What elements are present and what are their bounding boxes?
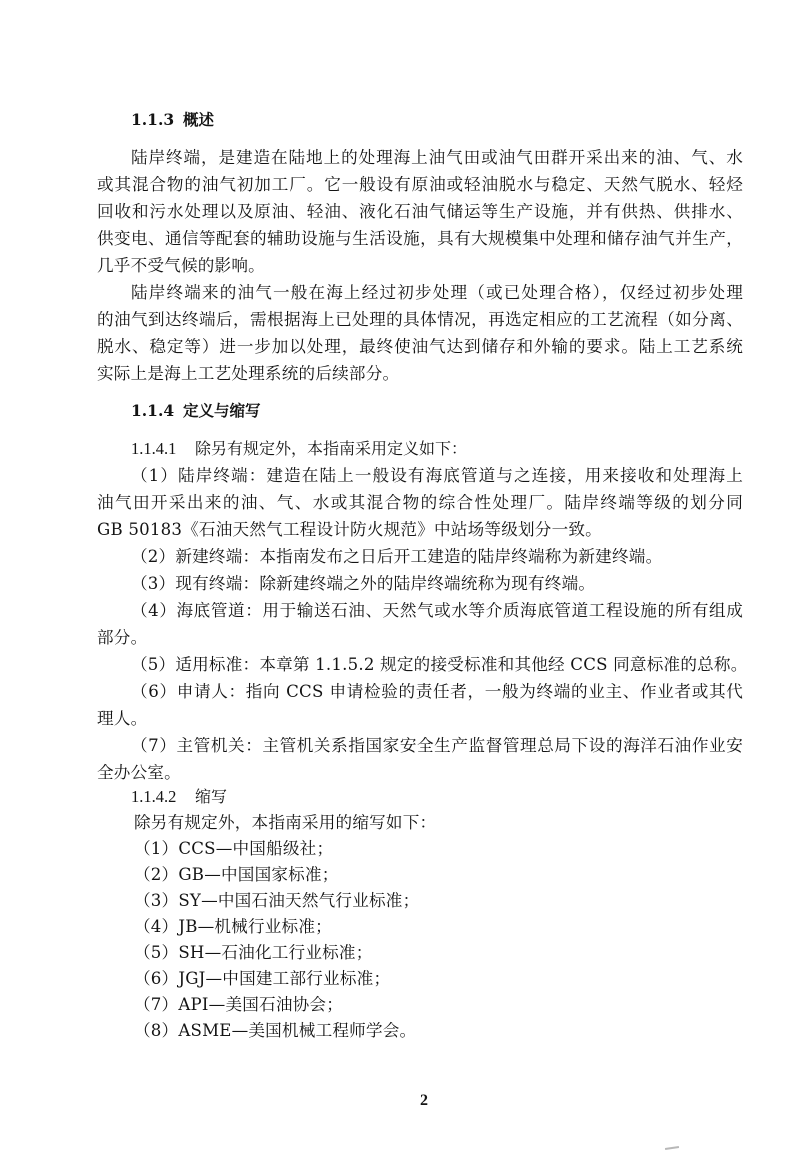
definition-line: 部分。 <box>97 627 743 649</box>
abbreviation-item: （7）API—美国石油协会； <box>134 994 780 1016</box>
section-title: 概述 <box>183 110 214 129</box>
section-number: 1.1.3 <box>131 110 183 130</box>
section-number: 1.1.4 <box>131 401 183 421</box>
definition-line: 理人。 <box>97 708 743 730</box>
abbreviation-item: （8）ASME—美国机械工程师学会。 <box>134 1020 780 1042</box>
subsection-number: 1.1.4.2 <box>131 786 195 808</box>
abbreviation-item: （3）SY—中国石油天然气行业标准； <box>134 890 780 912</box>
document-page: 1.1.3概述 陆岸终端，是建造在陆地上的处理海上油气田或油气田群开采出来的油、… <box>0 0 790 1163</box>
definition-line: （5）适用标准：本章第 1.1.5.2 规定的接受标准和其他经 CCS 同意标准… <box>131 654 743 676</box>
paragraph-line: 的油气到达终端后，需根据海上已处理的具体情况，再选定相应的工艺流程（如分离、 <box>97 309 743 331</box>
definition-line: 油气田开采出来的油、气、水或其混合物的综合性处理厂。陆岸终端等级的划分同 <box>97 492 743 514</box>
definition-line: （6）申请人：指向 CCS 申请检验的责任者，一般为终端的业主、作业者或其代 <box>131 681 743 703</box>
paragraph-line: 供变电、通信等配套的辅助设施与生活设施，具有大规模集中处理和储存油气并生产， <box>97 228 743 250</box>
definition-line: （3）现有终端：除新建终端之外的陆岸终端统称为现有终端。 <box>131 573 743 595</box>
abbreviation-item: （6）JGJ—中国建工部行业标准； <box>134 968 780 990</box>
definition-line: GB 50183《石油天然气工程设计防火规范》中站场等级划分一致。 <box>97 519 743 541</box>
subsection-heading-1-1-4-2: 1.1.4.2缩写 <box>131 786 227 808</box>
subsection-heading-1-1-4-1: 1.1.4.1除另有规定外，本指南采用定义如下： <box>131 438 467 460</box>
paragraph-line: 或其混合物的油气初加工厂。它一般设有原油或轻油脱水与稳定、天然气脱水、轻烃 <box>97 174 743 196</box>
section-heading-1-1-4: 1.1.4定义与缩写 <box>131 401 261 421</box>
paragraph-line: 几乎不受气候的影响。 <box>97 255 743 277</box>
section-heading-1-1-3: 1.1.3概述 <box>131 110 214 130</box>
paragraph-line: 脱水、稳定等）进一步加以处理，最终使油气达到储存和外输的要求。陆上工艺系统 <box>97 336 743 358</box>
page-number: 2 <box>420 1092 428 1110</box>
definition-line: （1）陆岸终端：建造在陆上一般设有海底管道与之连接，用来接收和处理海上 <box>131 465 743 487</box>
subsection-number: 1.1.4.1 <box>131 438 195 460</box>
abbreviation-intro: 除另有规定外，本指南采用的缩写如下： <box>134 812 780 834</box>
definition-line: （2）新建终端：本指南发布之日后开工建造的陆岸终端称为新建终端。 <box>131 546 743 568</box>
subsection-title: 除另有规定外，本指南采用定义如下： <box>195 439 467 458</box>
subsection-title: 缩写 <box>195 787 227 806</box>
definition-line: （7）主管机关：主管机关系指国家安全生产监督管理总局下设的海洋石油作业安 <box>131 735 743 757</box>
abbreviation-item: （1）CCS—中国船级社； <box>134 838 780 860</box>
definition-line: 全办公室。 <box>97 762 743 784</box>
abbreviation-item: （4）JB—机械行业标准； <box>134 916 780 938</box>
paragraph-line: 陆岸终端，是建造在陆地上的处理海上油气田或油气田群开采出来的油、气、水 <box>131 147 743 169</box>
definition-line: （4）海底管道：用于输送石油、天然气或水等介质海底管道工程设施的所有组成 <box>131 600 743 622</box>
abbreviation-item: （2）GB—中国国家标准； <box>134 864 780 886</box>
section-title: 定义与缩写 <box>183 401 261 420</box>
scan-mark <box>665 1146 679 1150</box>
paragraph-line: 实际上是海上工艺处理系统的后续部分。 <box>97 363 743 385</box>
abbreviation-item: （5）SH—石油化工行业标准； <box>134 942 780 964</box>
paragraph-line: 回收和污水处理以及原油、轻油、液化石油气储运等生产设施，并有供热、供排水、 <box>97 201 743 223</box>
paragraph-line: 陆岸终端来的油气一般在海上经过初步处理（或已处理合格），仅经过初步处理 <box>131 282 743 304</box>
